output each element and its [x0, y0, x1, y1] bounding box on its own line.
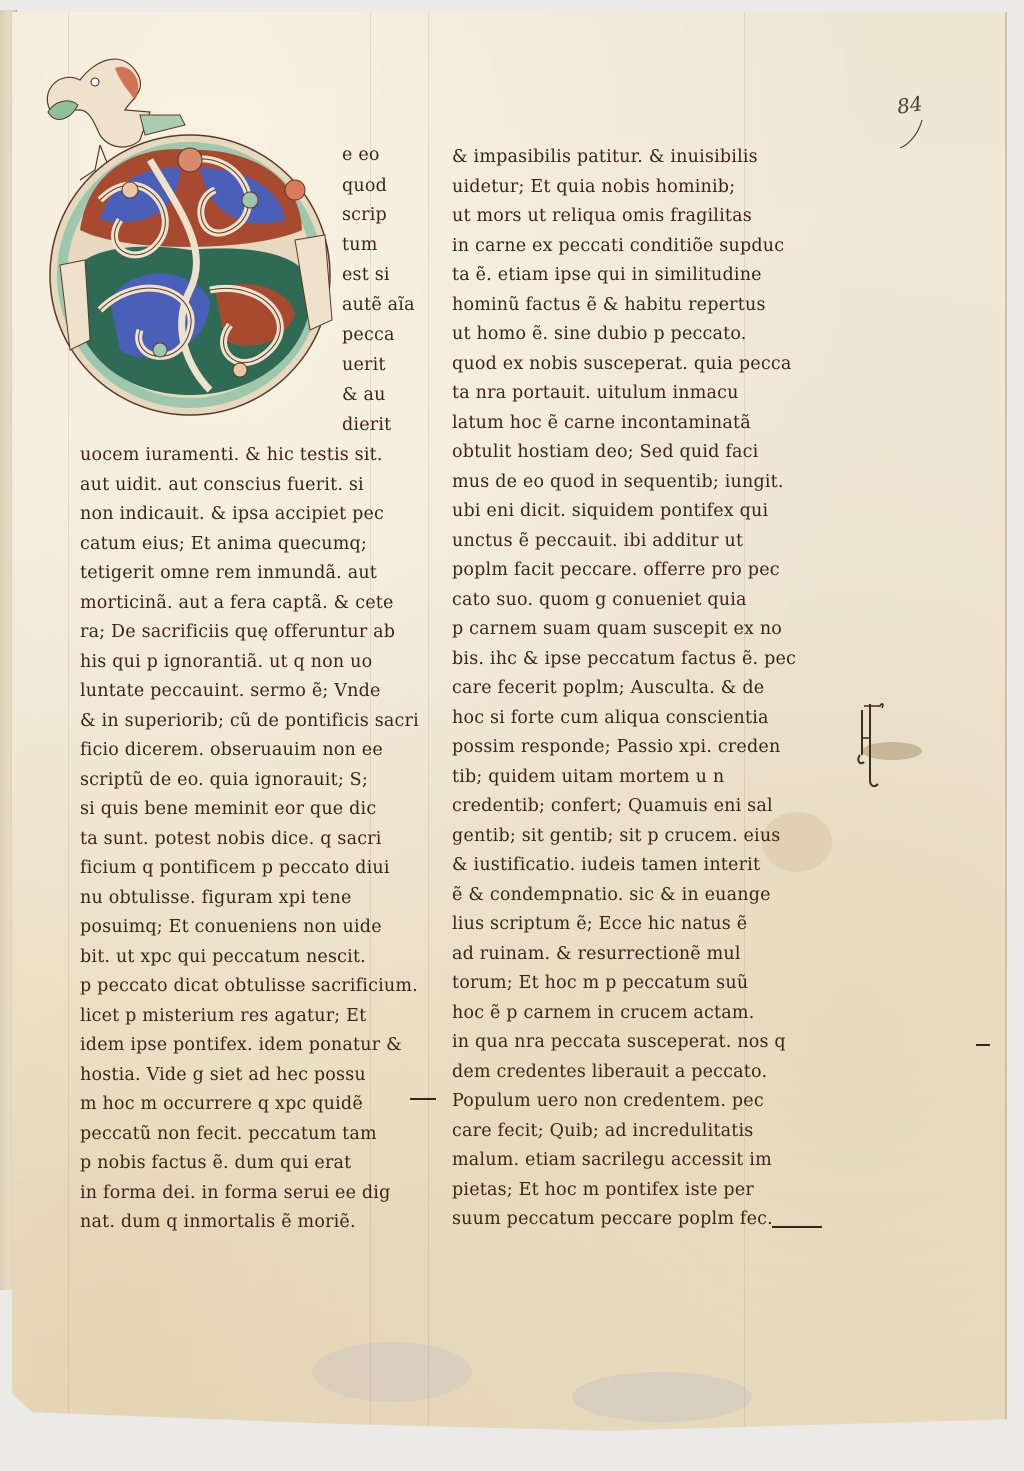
- text-line: & in superiorib; cũ de pontificis sacri: [80, 706, 419, 736]
- text-line: latum hoc ẽ carne incontaminatã: [452, 408, 751, 438]
- text-line: uocem iuramenti. & hic testis sit.: [80, 440, 383, 470]
- text-line: m hoc m occurrere q xpc quidẽ: [80, 1089, 363, 1119]
- text-line: & au: [342, 380, 386, 410]
- text-line: Populum uero non credentem. pec: [452, 1086, 764, 1116]
- text-line: care fecerit poplm; Ausculta. & de: [452, 673, 764, 703]
- text-line: nu obtulisse. figuram xpi tene: [80, 883, 352, 913]
- folio-number-flourish-icon: [890, 100, 930, 150]
- text-line: bis. ihc & ipse peccatum factus ẽ. pec: [452, 644, 796, 674]
- margin-dash-left: [410, 1098, 436, 1100]
- text-line: ta ẽ. etiam ipse qui in similitudine: [452, 260, 762, 290]
- text-line: ẽ & condempnatio. sic & in euange: [452, 880, 771, 910]
- text-line: ut homo ẽ. sine dubio p peccato.: [452, 319, 747, 349]
- text-line: in forma dei. in forma serui ee dig: [80, 1178, 391, 1208]
- text-line: morticinã. aut a fera captã. & cete: [80, 588, 394, 618]
- margin-dash-end: [772, 1226, 822, 1228]
- marginal-mark-icon: [856, 700, 886, 790]
- text-line: gentib; sit gentib; sit p crucem. eius: [452, 821, 780, 851]
- text-line: his qui p ignorantiã. ut q non uo: [80, 647, 372, 677]
- text-line: credentib; confert; Quamuis eni sal: [452, 791, 773, 821]
- text-line: ta sunt. potest nobis dice. q sacri: [80, 824, 382, 854]
- text-line: peccatũ non fecit. peccatum tam: [80, 1119, 377, 1149]
- illuminated-initial: [40, 50, 340, 420]
- text-line: nat. dum q inmortalis ẽ moriẽ.: [80, 1207, 356, 1237]
- text-line: ficium q pontificem p peccato diui: [80, 853, 390, 883]
- text-line: p peccato dicat obtulisse sacrificium.: [80, 971, 418, 1001]
- ruling-line: [428, 12, 429, 1450]
- text-line: posuimq; Et conueniens non uide: [80, 912, 382, 942]
- text-line: hoc si forte cum aliqua conscientia: [452, 703, 769, 733]
- text-line: est si: [342, 260, 390, 290]
- text-line: catum eius; Et anima quecumq;: [80, 529, 367, 559]
- text-line: obtulit hostiam deo; Sed quid faci: [452, 437, 758, 467]
- text-line: idem ipse pontifex. idem ponatur &: [80, 1030, 402, 1060]
- text-line: p nobis factus ẽ. dum qui erat: [80, 1148, 351, 1178]
- text-line: care fecit; Quib; ad incredulitatis: [452, 1116, 753, 1146]
- text-line: poplm facit peccare. offerre pro pec: [452, 555, 780, 585]
- dragon-initial-icon: [40, 50, 340, 420]
- text-line: pecca: [342, 320, 395, 350]
- text-line: ut mors ut reliqua omis fragilitas: [452, 201, 752, 231]
- text-line: ad ruinam. & resurrectionẽ mul: [452, 939, 741, 969]
- text-line: cato suo. quom g conueniet quia: [452, 585, 747, 615]
- text-line: luntate peccauint. sermo ẽ; Vnde: [80, 676, 381, 706]
- text-line: tum: [342, 230, 378, 260]
- text-line: malum. etiam sacrilegu accessit im: [452, 1145, 772, 1175]
- text-line: pietas; Et hoc m pontifex iste per: [452, 1175, 754, 1205]
- text-line: quod: [342, 171, 387, 201]
- text-line: e eo: [342, 140, 380, 170]
- text-line: ta nra portauit. uitulum inmacu: [452, 378, 739, 408]
- text-line: & iustificatio. iudeis tamen interit: [452, 850, 760, 880]
- text-line: licet p misterium res agatur; Et: [80, 1001, 366, 1031]
- text-line: aut uidit. aut conscius fuerit. si: [80, 470, 364, 500]
- text-line: possim responde; Passio xpi. creden: [452, 732, 780, 762]
- text-line: & impasibilis patitur. & inuisibilis: [452, 142, 758, 172]
- text-line: dierit: [342, 410, 391, 440]
- stain: [312, 1342, 472, 1402]
- text-line: hostia. Vide g siet ad hec possu: [80, 1060, 366, 1090]
- manuscript-viewer: 84: [0, 0, 1024, 1471]
- text-line: suum peccatum peccare poplm fec.: [452, 1204, 773, 1234]
- text-line: hominũ factus ẽ & habitu repertus: [452, 290, 766, 320]
- text-line: p carnem suam quam suscepit ex no: [452, 614, 782, 644]
- text-line: si quis bene meminit eor que dic: [80, 794, 376, 824]
- text-line: tetigerit omne rem inmundã. aut: [80, 558, 377, 588]
- margin-dash-right-edge: [976, 1044, 990, 1046]
- text-line: quod ex nobis susceperat. quia pecca: [452, 349, 791, 379]
- text-line: torum; Et hoc m p peccatum suũ: [452, 968, 748, 998]
- text-line: autẽ aĩa: [342, 290, 415, 320]
- text-line: ficio dicerem. obseruauim non ee: [80, 735, 383, 765]
- text-line: ubi eni dicit. siquidem pontifex qui: [452, 496, 768, 526]
- text-line: tib; quidem uitam mortem u n: [452, 762, 724, 792]
- text-line: in carne ex peccati conditiõe supduc: [452, 231, 784, 261]
- stain: [572, 1372, 752, 1422]
- text-line: scriptũ de eo. quia ignorauit; S;: [80, 765, 368, 795]
- text-line: hoc ẽ p carnem in crucem actam.: [452, 998, 754, 1028]
- text-line: ra; De sacrificiis quę offeruntur ab: [80, 617, 395, 647]
- text-line: in qua nra peccata susceperat. nos q: [452, 1027, 786, 1057]
- text-line: mus de eo quod in sequentib; iungit.: [452, 467, 784, 497]
- text-line: scrip: [342, 200, 387, 230]
- text-line: unctus ẽ peccauit. ibi additur ut: [452, 526, 743, 556]
- text-line: uerit: [342, 350, 386, 380]
- text-line: uidetur; Et quia nobis hominib;: [452, 172, 735, 202]
- text-line: lius scriptum ẽ; Ecce hic natus ẽ: [452, 909, 747, 939]
- text-line: dem credentes liberauit a peccato.: [452, 1057, 767, 1087]
- text-line: bit. ut xpc qui peccatum nescit.: [80, 942, 366, 972]
- text-line: non indicauit. & ipsa accipiet pec: [80, 499, 384, 529]
